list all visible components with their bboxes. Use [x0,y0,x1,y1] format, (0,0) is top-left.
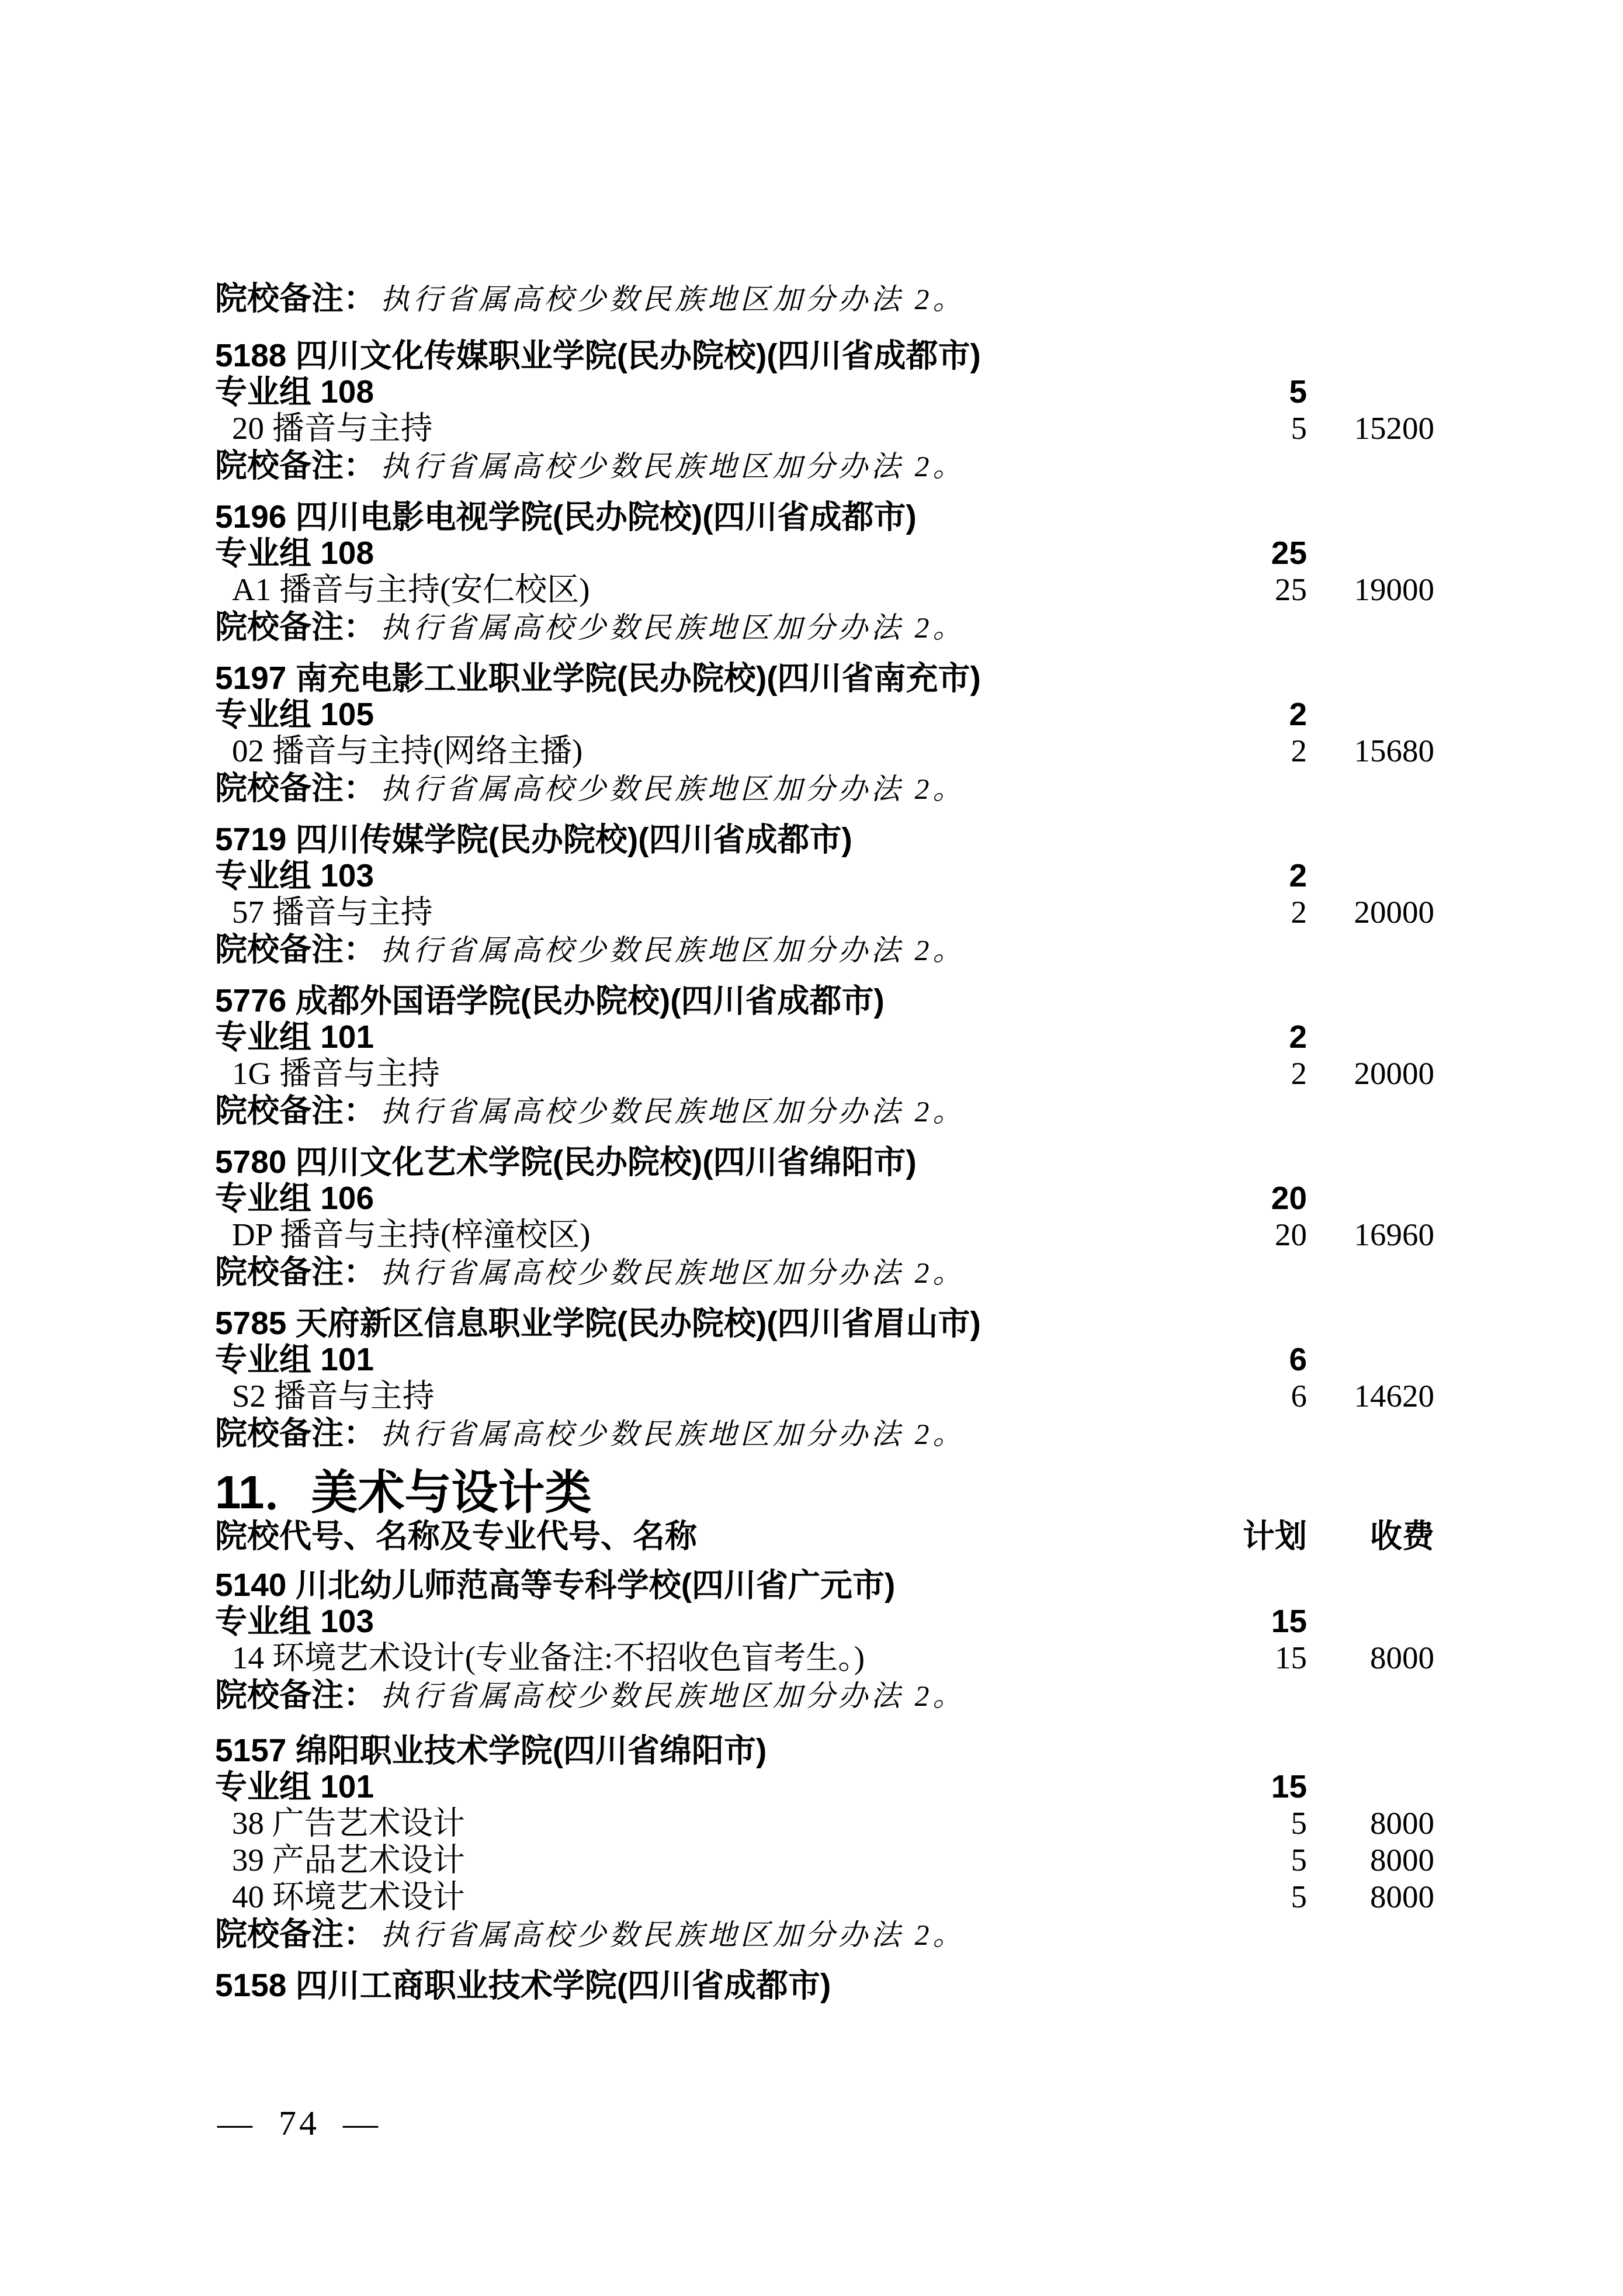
header-fee-col: 收费 [1201,1515,1434,1556]
school-line: 5719 四川传媒学院(民办院校)(四川省成都市) [0,819,1623,860]
remark-text: 执行省属高校少数民族地区加分办法 2。 [376,611,966,644]
group-plan: 5 [1073,371,1307,412]
remark: 院校备注：执行省属高校少数民族地区加分办法 2。 [215,1913,966,1955]
remark-line: 院校备注：执行省属高校少数民族地区加分办法 2。 [0,1090,1623,1131]
group-label: 专业组 105 [215,694,374,735]
group-label: 专业组 103 [215,855,374,896]
remark: 院校备注：执行省属高校少数民族地区加分办法 2。 [215,929,966,971]
remark-text: 执行省属高校少数民族地区加分办法 2。 [376,1679,966,1712]
remark-label: 院校备注： [215,447,376,483]
program-fee: 15200 [1201,408,1434,449]
remark-text: 执行省属高校少数民族地区加分办法 2。 [376,1418,966,1450]
remark: 院校备注：执行省属高校少数民族地区加分办法 2。 [215,1412,966,1455]
remark-label: 院校备注： [215,608,376,645]
school-name: 5157 绵阳职业技术学院(四川省绵阳市) [215,1730,767,1771]
program-fee: 20000 [1201,1053,1434,1094]
school-name: 5785 天府新区信息职业学院(民办院校)(四川省眉山市) [215,1303,981,1343]
remark-text: 执行省属高校少数民族地区加分办法 2。 [376,934,966,967]
program-fee: 20000 [1201,892,1434,933]
group-line: 专业组 103 2 [0,855,1623,896]
program-fee: 8000 [1201,1840,1434,1881]
remark-label: 院校备注： [215,770,376,806]
program-line: 39 产品艺术设计 5 8000 [0,1840,1623,1881]
group-plan: 20 [1073,1178,1307,1218]
remark-line: 院校备注：执行省属高校少数民族地区加分办法 2。 [0,1412,1623,1453]
table-header-row: 院校代号、名称及专业代号、名称 计划 收费 [0,1515,1623,1556]
group-label: 专业组 106 [215,1178,374,1218]
group-label: 专业组 108 [215,532,374,573]
program-line: A1 播音与主持(安仁校区) 25 19000 [0,569,1623,610]
group-plan: 2 [1073,855,1307,896]
group-label: 专业组 103 [215,1601,374,1642]
remark-line: 院校备注：执行省属高校少数民族地区加分办法 2。 [0,1913,1623,1954]
school-line: 5140 川北幼儿师范高等专科学校(四川省广元市) [0,1564,1623,1605]
program-name: 40 环境艺术设计 [232,1876,465,1917]
remark-label: 院校备注： [215,1092,376,1128]
program-name: DP 播音与主持(梓潼校区) [232,1214,591,1255]
remark-label: 院校备注： [215,1916,376,1952]
group-plan: 2 [1073,1016,1307,1057]
school-name: 5158 四川工商职业技术学院(四川省成都市) [215,1965,831,2006]
program-line: 57 播音与主持 2 20000 [0,892,1623,933]
program-fee: 8000 [1201,1876,1434,1917]
school-name: 5776 成都外国语学院(民办院校)(四川省成都市) [215,980,885,1021]
school-line: 5780 四川文化艺术学院(民办院校)(四川省绵阳市) [0,1141,1623,1182]
remark-line: 院校备注：执行省属高校少数民族地区加分办法 2。 [0,606,1623,647]
remark: 院校备注：执行省属高校少数民族地区加分办法 2。 [215,445,966,487]
school-line: 5158 四川工商职业技术学院(四川省成都市) [0,1965,1623,2006]
remark: 院校备注：执行省属高校少数民族地区加分办法 2。 [215,606,966,648]
remark: 院校备注：执行省属高校少数民族地区加分办法 2。 [215,1251,966,1293]
program-name: 57 播音与主持 [232,892,433,933]
school-name: 5719 四川传媒学院(民办院校)(四川省成都市) [215,819,852,860]
program-line: 40 环境艺术设计 5 8000 [0,1876,1623,1917]
school-line: 5196 四川电影电视学院(民办院校)(四川省成都市) [0,496,1623,537]
group-line: 专业组 101 2 [0,1016,1623,1057]
group-plan: 25 [1073,532,1307,573]
group-line: 专业组 101 6 [0,1339,1623,1380]
remark-line: 院校备注：执行省属高校少数民族地区加分办法 2。 [0,767,1623,808]
school-line: 5188 四川文化传媒职业学院(民办院校)(四川省成都市) [0,335,1623,376]
school-line: 5197 南充电影工业职业学院(民办院校)(四川省南充市) [0,657,1623,698]
remark-label: 院校备注： [215,1677,376,1713]
program-name: 02 播音与主持(网络主播) [232,730,582,771]
group-label: 专业组 101 [215,1016,374,1057]
program-fee: 14620 [1201,1376,1434,1417]
group-line: 专业组 103 15 [0,1601,1623,1642]
school-name: 5197 南充电影工业职业学院(民办院校)(四川省南充市) [215,657,981,698]
remark: 院校备注：执行省属高校少数民族地区加分办法 2。 [215,767,966,809]
group-label: 专业组 101 [215,1339,374,1380]
program-line: 20 播音与主持 5 15200 [0,408,1623,449]
school-name: 5140 川北幼儿师范高等专科学校(四川省广元市) [215,1564,895,1605]
remark-line: 院校备注：执行省属高校少数民族地区加分办法 2。 [0,278,1623,318]
group-label: 专业组 108 [215,371,374,412]
remark-text: 执行省属高校少数民族地区加分办法 2。 [376,283,966,316]
group-line: 专业组 105 2 [0,694,1623,735]
remark: 院校备注：执行省属高校少数民族地区加分办法 2。 [215,278,966,320]
remark-line: 院校备注：执行省属高校少数民族地区加分办法 2。 [0,445,1623,486]
program-line: 1G 播音与主持 2 20000 [0,1053,1623,1094]
remark-label: 院校备注： [215,931,376,967]
program-line: 02 播音与主持(网络主播) 2 15680 [0,730,1623,771]
group-line: 专业组 101 15 [0,1766,1623,1807]
school-line: 5776 成都外国语学院(民办院校)(四川省成都市) [0,980,1623,1021]
remark: 院校备注：执行省属高校少数民族地区加分办法 2。 [215,1674,966,1716]
remark-line: 院校备注：执行省属高校少数民族地区加分办法 2。 [0,929,1623,969]
school-name: 5196 四川电影电视学院(民办院校)(四川省成都市) [215,496,917,537]
document-page: 院校备注：执行省属高校少数民族地区加分办法 2。 5188 四川文化传媒职业学院… [0,0,1623,2296]
program-fee: 8000 [1201,1637,1434,1678]
school-line: 5785 天府新区信息职业学院(民办院校)(四川省眉山市) [0,1303,1623,1343]
group-label: 专业组 101 [215,1766,374,1807]
program-name: A1 播音与主持(安仁校区) [232,569,590,610]
remark-label: 院校备注： [215,1253,376,1290]
remark-text: 执行省属高校少数民族地区加分办法 2。 [376,450,966,483]
program-name: S2 播音与主持 [232,1376,435,1417]
remark-label: 院校备注： [215,280,376,316]
program-line: 14 环境艺术设计(专业备注:不招收色盲考生。) 15 8000 [0,1637,1623,1678]
program-line: DP 播音与主持(梓潼校区) 20 16960 [0,1214,1623,1255]
group-line: 专业组 106 20 [0,1178,1623,1218]
program-name: 20 播音与主持 [232,408,433,449]
remark-line: 院校备注：执行省属高校少数民族地区加分办法 2。 [0,1674,1623,1715]
program-fee: 8000 [1201,1803,1434,1844]
program-name: 1G 播音与主持 [232,1053,440,1094]
group-plan: 15 [1073,1766,1307,1807]
header-name-col: 院校代号、名称及专业代号、名称 [215,1515,697,1556]
program-fee: 16960 [1201,1214,1434,1255]
school-name: 5780 四川文化艺术学院(民办院校)(四川省绵阳市) [215,1141,917,1182]
remark-text: 执行省属高校少数民族地区加分办法 2。 [376,1095,966,1128]
group-plan: 2 [1073,694,1307,735]
group-plan: 15 [1073,1601,1307,1642]
program-line: 38 广告艺术设计 5 8000 [0,1803,1623,1844]
group-line: 专业组 108 25 [0,532,1623,573]
group-plan: 6 [1073,1339,1307,1380]
program-name: 39 产品艺术设计 [232,1840,465,1881]
program-name: 38 广告艺术设计 [232,1803,465,1844]
school-line: 5157 绵阳职业技术学院(四川省绵阳市) [0,1730,1623,1771]
school-name: 5188 四川文化传媒职业学院(民办院校)(四川省成都市) [215,335,981,376]
program-line: S2 播音与主持 6 14620 [0,1376,1623,1417]
remark-label: 院校备注： [215,1415,376,1451]
program-fee: 19000 [1201,569,1434,610]
remark-line: 院校备注：执行省属高校少数民族地区加分办法 2。 [0,1251,1623,1292]
program-name: 14 环境艺术设计(专业备注:不招收色盲考生。) [232,1637,865,1678]
group-line: 专业组 108 5 [0,371,1623,412]
remark: 院校备注：执行省属高校少数民族地区加分办法 2。 [215,1090,966,1132]
program-fee: 15680 [1201,730,1434,771]
page-number: — 74 — [217,2103,381,2143]
remark-text: 执行省属高校少数民族地区加分办法 2。 [376,1256,966,1289]
remark-text: 执行省属高校少数民族地区加分办法 2。 [376,773,966,805]
remark-text: 执行省属高校少数民族地区加分办法 2。 [376,1918,966,1951]
section-heading: 11．美术与设计类 [215,1462,592,1523]
section-heading-row: 11．美术与设计类 [0,1462,1623,1523]
